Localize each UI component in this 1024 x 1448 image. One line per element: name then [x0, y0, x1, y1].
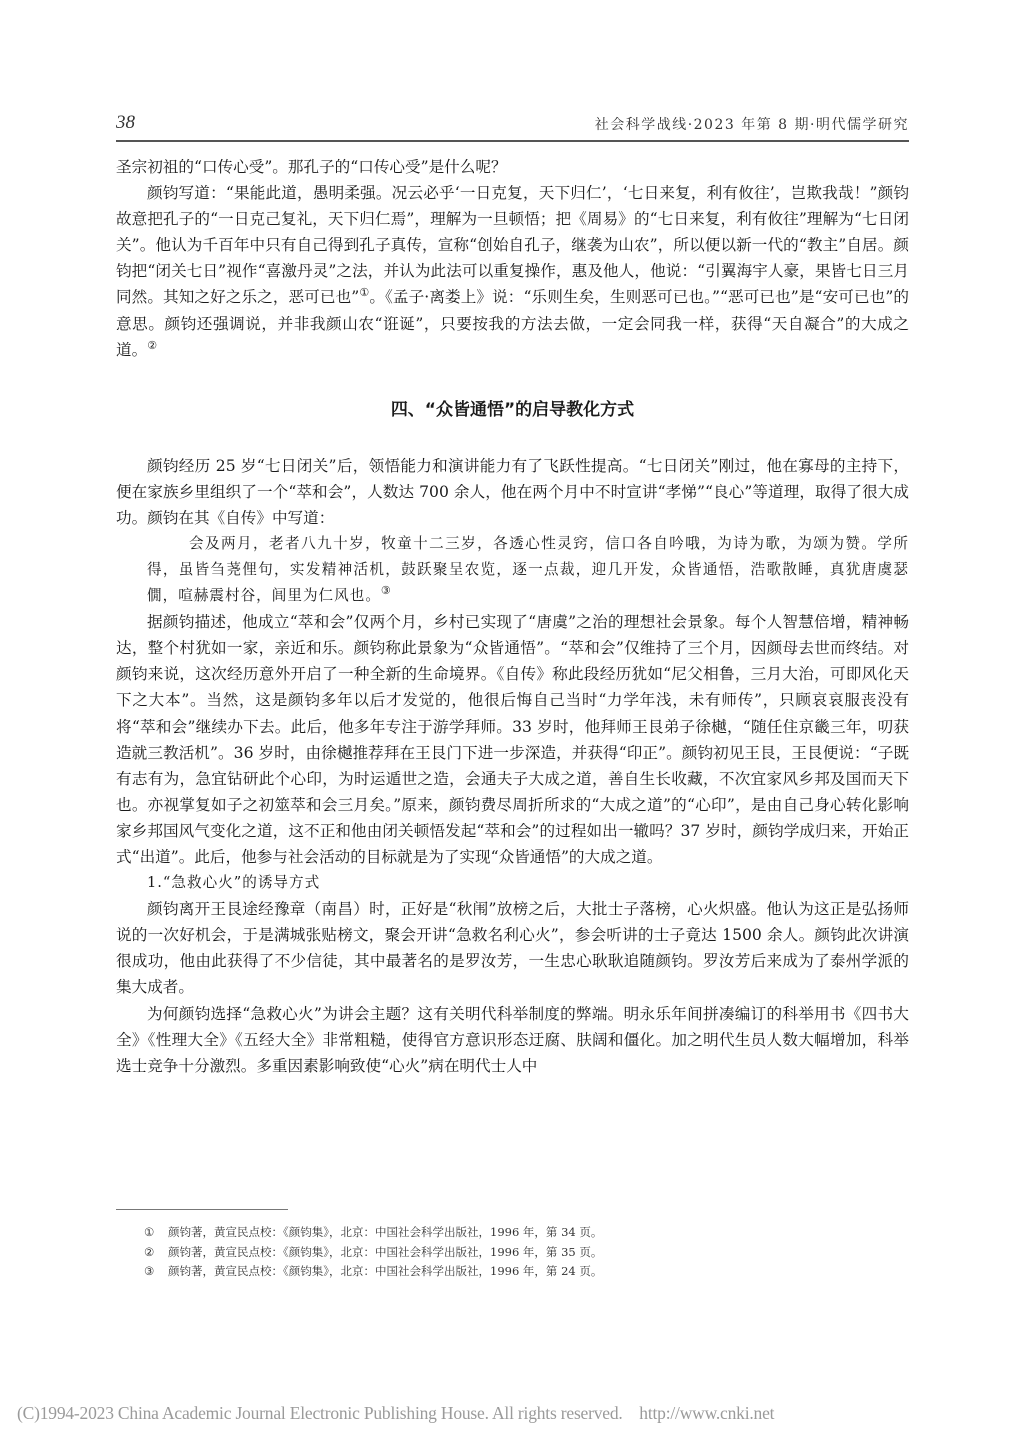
footnote: ① 颜钧著，黄宣民点校：《颜钧集》，北京：中国社会科学出版社，1996 年，第 … — [144, 1223, 844, 1243]
footnote-mark: ② — [144, 1243, 168, 1263]
footnote-mark: ① — [144, 1223, 168, 1243]
footnote-divider — [116, 1209, 288, 1210]
paragraph: 圣宗初祖的“口传心受”。那孔子的“口传心受”是什么呢？ — [116, 154, 909, 180]
footnote-text: 颜钧著，黄宣民点校：《颜钧集》，北京：中国社会科学出版社，1996 年，第 24… — [168, 1262, 602, 1282]
quote-text: 会及两月，老者八九十岁，牧童十二三岁，各透心性灵窍，信口各自吟哦，为诗为歌，为颂… — [147, 535, 909, 604]
paragraph: 颜钧经历 25 岁“七日闭关”后，领悟能力和演讲能力有了飞跃性提高。“七日闭关”… — [116, 453, 909, 531]
page-header: 38 社会科学战线·2023 年第 8 期·明代儒学研究 — [116, 112, 909, 136]
footnotes: ① 颜钧著，黄宣民点校：《颜钧集》，北京：中国社会科学出版社，1996 年，第 … — [144, 1223, 844, 1282]
copyright-watermark: (C)1994-2023 China Academic Journal Elec… — [17, 1403, 774, 1424]
footnote: ② 颜钧著，黄宣民点校：《颜钧集》，北京：中国社会科学出版社，1996 年，第 … — [144, 1243, 844, 1263]
footnote-ref[interactable]: ① — [359, 286, 369, 299]
footnote-text: 颜钧著，黄宣民点校：《颜钧集》，北京：中国社会科学出版社，1996 年，第 35… — [168, 1243, 602, 1263]
paragraph: 颜钧写道：“果能此道，愚明柔强。况云必乎‘一日克复，天下归仁’，‘七日来复，利有… — [116, 180, 909, 363]
footnote-mark: ③ — [144, 1262, 168, 1282]
footnote-text: 颜钧著，黄宣民点校：《颜钧集》，北京：中国社会科学出版社，1996 年，第 34… — [168, 1223, 602, 1243]
footnote-ref[interactable]: ② — [147, 338, 157, 351]
paragraph: 据颜钧描述，他成立“萃和会”仅两个月，乡村已实现了“唐虞”之治的理想社会景象。每… — [116, 609, 909, 870]
paragraph: 颜钧离开王艮途经豫章（南昌）时，正好是“秋闱”放榜之后，大批士子落榜，心火炽盛。… — [116, 896, 909, 1000]
block-quote: 会及两月，老者八九十岁，牧童十二三岁，各透心性灵窍，信口各自吟哦，为诗为歌，为颂… — [116, 531, 909, 609]
page-number: 38 — [116, 112, 135, 134]
header-rule — [116, 140, 909, 142]
footnote: ③ 颜钧著，黄宣民点校：《颜钧集》，北京：中国社会科学出版社，1996 年，第 … — [144, 1262, 844, 1282]
subsection-heading: 1.“急救心火”的诱导方式 — [116, 870, 909, 896]
section-heading: 四、“众皆通悟”的启导教化方式 — [116, 397, 909, 423]
footnote-ref[interactable]: ③ — [381, 584, 392, 597]
paragraph: 为何颜钧选择“急救心火”为讲会主题？这有关明代科举制度的弊端。明永乐年间拼凑编订… — [116, 1001, 909, 1079]
running-title: 社会科学战线·2023 年第 8 期·明代儒学研究 — [595, 114, 909, 134]
article-body: 圣宗初祖的“口传心受”。那孔子的“口传心受”是什么呢？ 颜钧写道：“果能此道，愚… — [116, 154, 909, 1079]
